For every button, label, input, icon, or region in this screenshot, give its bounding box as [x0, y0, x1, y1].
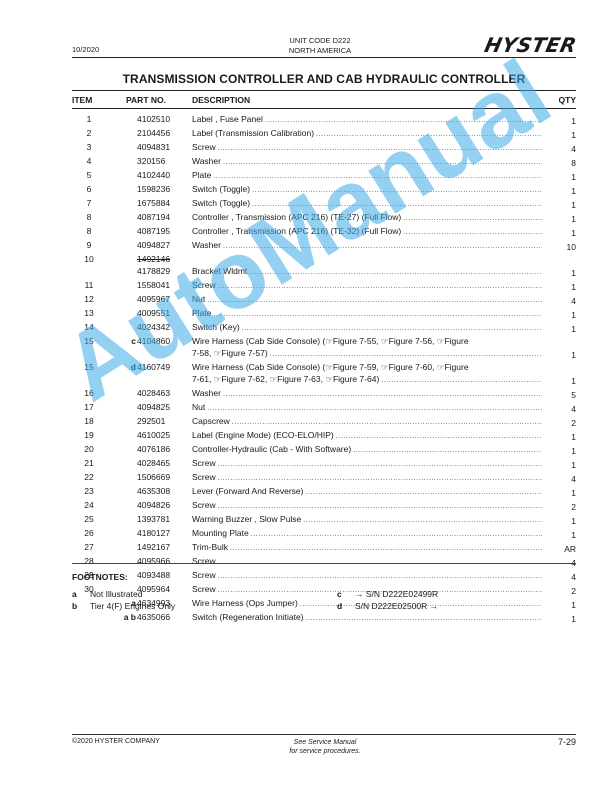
part-number-cell: 4610025	[116, 429, 192, 441]
part-number: 4160749	[137, 361, 170, 373]
quantity: 1	[546, 281, 576, 293]
quantity: 1	[546, 613, 576, 625]
document-page: 10/2020 UNIT CODE D222 NORTH AMERICA HYS…	[0, 0, 612, 792]
part-number: 4028465	[137, 457, 170, 469]
quantity: 1	[546, 115, 576, 127]
part-number: 4028463	[137, 387, 170, 399]
quantity: 2	[546, 417, 576, 429]
leader-dots	[303, 515, 542, 527]
column-header-description: DESCRIPTION	[192, 95, 250, 105]
description: Screw	[192, 471, 542, 485]
item-number: 18	[72, 415, 106, 427]
description: Washer	[192, 239, 542, 253]
part-number: 4180127	[137, 527, 170, 539]
quantity: 1	[546, 185, 576, 197]
table-row: 264180127Mounting Plate1	[72, 527, 576, 541]
part-number: 4094827	[137, 239, 170, 251]
description: Screw	[192, 279, 542, 293]
item-number: 17	[72, 401, 106, 413]
table-row: 204076186Controller-Hydraulic (Cab - Wit…	[72, 443, 576, 457]
footnote-ref: a b	[116, 611, 136, 623]
column-header-item: ITEM	[72, 95, 92, 105]
item-number: 26	[72, 527, 106, 539]
table-header-rule-bottom	[72, 108, 576, 109]
leader-dots	[252, 185, 542, 197]
table-row: 111558041Screw1	[72, 279, 576, 293]
leader-dots	[265, 115, 542, 127]
table-row: 294093488Screw4	[72, 569, 576, 583]
leader-dots	[230, 543, 542, 555]
page-title: TRANSMISSION CONTROLLER AND CAB HYDRAULI…	[72, 72, 576, 86]
footer-divider	[72, 734, 576, 735]
description: Label , Fuse Panel	[192, 113, 542, 127]
part-number: 4095967	[137, 293, 170, 305]
part-number-cell: 1598236	[116, 183, 192, 195]
description: Wire Harness (Cab Side Console) (☞Figure…	[192, 361, 542, 387]
quantity: 5	[546, 389, 576, 401]
quantity: 4	[546, 143, 576, 155]
part-number-cell: 4094826	[116, 499, 192, 511]
leader-dots	[316, 129, 542, 141]
leader-dots	[213, 309, 542, 321]
leader-dots	[218, 473, 542, 485]
part-number-cell: 4095967	[116, 293, 192, 305]
item-number: 25	[72, 513, 106, 525]
footer-note: See Service Manual for service procedure…	[250, 738, 400, 756]
table-row: 94094827Washer10	[72, 239, 576, 253]
table-row: 14102510Label , Fuse Panel1	[72, 113, 576, 127]
table-row: 4320156Washer8	[72, 155, 576, 169]
part-number: 1492167	[137, 541, 170, 553]
item-number: 15	[72, 335, 106, 347]
table-row: 304095964Screw2	[72, 583, 576, 597]
table-row: 4178829Bracket Wldmt1	[72, 265, 576, 279]
part-number-cell: a b4635066	[116, 611, 192, 623]
part-number-cell: 1492146	[116, 253, 192, 265]
part-number: 320156	[137, 155, 165, 167]
quantity: 1	[546, 431, 576, 443]
table-row: 22104456Label (Transmission Calibration)…	[72, 127, 576, 141]
description: Controller-Hydraulic (Cab - With Softwar…	[192, 443, 542, 457]
part-number-cell: 4635308	[116, 485, 192, 497]
description: Lever (Forward And Reverse)	[192, 485, 542, 499]
table-row: 164028463Washer5	[72, 387, 576, 401]
quantity: 1	[546, 267, 576, 279]
table-row: 54102440Plate1	[72, 169, 576, 183]
table-row: a b4635066Switch (Regeneration Initiate)…	[72, 611, 576, 625]
part-number-cell: 4094831	[116, 141, 192, 153]
table-row: 134009551Plate1	[72, 307, 576, 321]
description: Mounting Plate	[192, 527, 542, 541]
item-number: 12	[72, 293, 106, 305]
description: Screw	[192, 499, 542, 513]
item-number: 10	[72, 253, 106, 265]
description: Plate	[192, 169, 542, 183]
item-number: 24	[72, 499, 106, 511]
part-number: 1393781	[137, 513, 170, 525]
leader-dots	[223, 389, 542, 401]
item-number: 9	[72, 239, 106, 251]
leader-dots	[207, 403, 542, 415]
leader-dots	[218, 571, 542, 583]
leader-dots	[218, 501, 542, 513]
item-number: 8	[72, 211, 106, 223]
part-number: 4102440	[137, 169, 170, 181]
part-number-cell: 4028465	[116, 457, 192, 469]
quantity: 1	[546, 375, 576, 387]
leader-dots	[251, 529, 542, 541]
footnote-ref: d	[116, 361, 136, 373]
quantity: 1	[546, 129, 576, 141]
item-number: 11	[72, 279, 106, 291]
leader-dots	[207, 295, 542, 307]
leader-dots	[218, 459, 542, 471]
item-number: 5	[72, 169, 106, 181]
part-number-cell: 1558041	[116, 279, 192, 291]
table-header-rule-top	[72, 90, 576, 91]
item-number: 4	[72, 155, 106, 167]
part-number-cell: 1492167	[116, 541, 192, 553]
quantity: 1	[546, 309, 576, 321]
description: Label (Engine Mode) (ECO-ELO/HIP)	[192, 429, 542, 443]
description: Switch (Regeneration Initiate)	[192, 611, 542, 625]
footer-copyright: ©2020 HYSTER COMPANY	[72, 738, 160, 745]
part-number-cell: 4028463	[116, 387, 192, 399]
description: Screw	[192, 569, 542, 583]
footnote-c: c→ S/N D222E02499R	[337, 589, 438, 599]
part-number-cell: 1506669	[116, 471, 192, 483]
part-number: 1675884	[137, 197, 170, 209]
part-number-cell: 4076186	[116, 443, 192, 455]
part-number: 292501	[137, 415, 165, 427]
part-number-cell: 4087195	[116, 225, 192, 237]
item-number: 20	[72, 443, 106, 455]
item-number: 1	[72, 113, 106, 125]
part-number-cell: 4102510	[116, 113, 192, 125]
quantity: 1	[546, 349, 576, 361]
quantity: 1	[546, 227, 576, 239]
leader-dots	[249, 267, 542, 279]
leader-dots	[381, 375, 542, 387]
column-header-qty: QTY	[559, 95, 576, 105]
parts-table: 14102510Label , Fuse Panel122104456Label…	[72, 113, 576, 625]
table-row: 15d4160749Wire Harness (Cab Side Console…	[72, 361, 576, 387]
item-number: 19	[72, 429, 106, 441]
leader-dots	[403, 227, 542, 239]
quantity: 4	[546, 473, 576, 485]
part-number: 4635308	[137, 485, 170, 497]
part-number: 1598236	[137, 183, 170, 195]
item-number: 14	[72, 321, 106, 333]
item-number: 21	[72, 457, 106, 469]
part-number: 4076186	[137, 443, 170, 455]
leader-dots	[232, 417, 542, 429]
quantity: 1	[546, 459, 576, 471]
description: Capscrew	[192, 415, 542, 429]
part-number: 4102510	[137, 113, 170, 125]
part-number: 4610025	[137, 429, 170, 441]
part-number-cell: c4104860	[116, 335, 192, 347]
description: Plate	[192, 307, 542, 321]
part-number: 2104456	[137, 127, 170, 139]
item-number: 15	[72, 361, 106, 373]
quantity: 2	[546, 585, 576, 597]
part-number-cell: 4087194	[116, 211, 192, 223]
footnotes-divider	[72, 563, 576, 564]
table-row: 244094826Screw2	[72, 499, 576, 513]
item-number: 16	[72, 387, 106, 399]
part-number: 4095966	[137, 555, 170, 567]
part-number-cell: 1675884	[116, 197, 192, 209]
leader-dots	[403, 213, 542, 225]
table-row: 84087195Controller , Transmission (APC 2…	[72, 225, 576, 239]
footnote-a: aNot Illustrated	[72, 589, 142, 599]
quantity: AR	[546, 543, 576, 555]
item-number: 2	[72, 127, 106, 139]
part-number-cell: 4024342	[116, 321, 192, 333]
footnote-d: dS/N D222E02500R →	[337, 601, 438, 611]
footnote-ref: c	[116, 335, 136, 347]
table-row: 84087194Controller , Transmission (APC 2…	[72, 211, 576, 225]
description: Warning Buzzer , Slow Pulse	[192, 513, 542, 527]
item-number: 6	[72, 183, 106, 195]
table-row: 15c4104860Wire Harness (Cab Side Console…	[72, 335, 576, 361]
part-number-cell: 4180127	[116, 527, 192, 539]
table-row: 251393781Warning Buzzer , Slow Pulse1	[72, 513, 576, 527]
quantity: 4	[546, 295, 576, 307]
part-number: 4094825	[137, 401, 170, 413]
part-number-cell: 4102440	[116, 169, 192, 181]
table-row: 124095967Nut4	[72, 293, 576, 307]
footnote-b: bTier 4(F) Engines Only	[72, 601, 175, 611]
leader-dots	[336, 431, 542, 443]
quantity: 1	[546, 529, 576, 541]
part-number: 4087195	[137, 225, 170, 237]
part-number: 4009551	[137, 307, 170, 319]
table-row: 194610025Label (Engine Mode) (ECO-ELO/HI…	[72, 429, 576, 443]
table-row: 18292501Capscrew2	[72, 415, 576, 429]
quantity: 1	[546, 199, 576, 211]
part-number: 4104860	[137, 335, 170, 347]
table-row: 61598236Switch (Toggle)1	[72, 183, 576, 197]
quantity: 4	[546, 571, 576, 583]
table-row: 144024342Switch (Key)1	[72, 321, 576, 335]
part-number-cell: 4094827	[116, 239, 192, 251]
part-number-cell: 320156	[116, 155, 192, 167]
quantity: 1	[546, 515, 576, 527]
part-number: 4087194	[137, 211, 170, 223]
leader-dots	[213, 171, 542, 183]
table-row: 71675884Switch (Toggle)1	[72, 197, 576, 211]
description: Controller , Transmission (APC 216) (TE-…	[192, 225, 542, 239]
leader-dots	[223, 157, 542, 169]
description: Nut	[192, 293, 542, 307]
table-row: 174094825Nut4	[72, 401, 576, 415]
description: Label (Transmission Calibration)	[192, 127, 542, 141]
description: Washer	[192, 387, 542, 401]
part-number: 1506669	[137, 471, 170, 483]
item-number: 23	[72, 485, 106, 497]
quantity: 1	[546, 487, 576, 499]
table-row: 221506669Screw4	[72, 471, 576, 485]
part-number-cell: 292501	[116, 415, 192, 427]
leader-dots	[252, 199, 542, 211]
part-number-cell: 1393781	[116, 513, 192, 525]
description: Washer	[192, 155, 542, 169]
description: Switch (Key)	[192, 321, 542, 335]
brand-logo: HYSTER	[482, 33, 578, 57]
description: Screw	[192, 555, 542, 569]
part-number: 4093488	[137, 569, 170, 581]
description: Wire Harness (Cab Side Console) (☞Figure…	[192, 335, 542, 361]
leader-dots	[218, 281, 542, 293]
part-number: 4635066	[137, 611, 170, 623]
table-row: 234635308Lever (Forward And Reverse)1	[72, 485, 576, 499]
quantity: 1	[546, 323, 576, 335]
part-number: 4094826	[137, 499, 170, 511]
region: NORTH AMERICA	[250, 46, 390, 56]
leader-dots	[270, 349, 542, 361]
part-number: 4178829	[137, 265, 170, 277]
item-number: 8	[72, 225, 106, 237]
table-row: 101492146	[72, 253, 576, 265]
part-number-cell: 4009551	[116, 307, 192, 319]
part-number-cell: 2104456	[116, 127, 192, 139]
page-number: 7-29	[558, 737, 576, 747]
quantity: 10	[546, 241, 576, 253]
description: Nut	[192, 401, 542, 415]
quantity: 1	[546, 213, 576, 225]
part-number: 4094831	[137, 141, 170, 153]
leader-dots	[223, 241, 542, 253]
part-number: 1558041	[137, 279, 170, 291]
description: Controller , Transmission (APC 216) (TE-…	[192, 211, 542, 225]
description: Screw	[192, 457, 542, 471]
item-number: 3	[72, 141, 106, 153]
table-row: 214028465Screw1	[72, 457, 576, 471]
description: Switch (Toggle)	[192, 183, 542, 197]
part-number-cell: 4095966	[116, 555, 192, 567]
item-number: 27	[72, 541, 106, 553]
leader-dots	[306, 613, 542, 625]
table-row: 271492167Trim-BulkAR	[72, 541, 576, 555]
item-number: 7	[72, 197, 106, 209]
header-date: 10/2020	[72, 45, 99, 54]
part-number-cell: d4160749	[116, 361, 192, 373]
table-row: 284095966Screw4	[72, 555, 576, 569]
part-number-cell: 4178829	[116, 265, 192, 277]
column-header-part-no: PART NO.	[126, 95, 166, 105]
item-number: 22	[72, 471, 106, 483]
item-number: 28	[72, 555, 106, 567]
quantity: 1	[546, 445, 576, 457]
description: Bracket Wldmt	[192, 265, 542, 279]
footnotes-title: FOOTNOTES:	[72, 572, 128, 582]
leader-dots	[218, 143, 542, 155]
item-number: 13	[72, 307, 106, 319]
leader-dots	[353, 445, 542, 457]
part-number: 1492146	[137, 253, 170, 265]
description: Switch (Toggle)	[192, 197, 542, 211]
part-number: 4024342	[137, 321, 170, 333]
quantity: 1	[546, 599, 576, 611]
leader-dots	[306, 487, 543, 499]
table-row: 34094831Screw4	[72, 141, 576, 155]
unit-code: UNIT CODE D222	[250, 36, 390, 46]
quantity: 4	[546, 403, 576, 415]
quantity: 8	[546, 157, 576, 169]
header-unit-code: UNIT CODE D222 NORTH AMERICA	[250, 36, 390, 55]
header-divider	[72, 57, 576, 58]
leader-dots	[242, 323, 542, 335]
part-number-cell: 4094825	[116, 401, 192, 413]
description: Screw	[192, 141, 542, 155]
quantity: 1	[546, 171, 576, 183]
description: Trim-Bulk	[192, 541, 542, 555]
description	[192, 253, 542, 265]
quantity: 2	[546, 501, 576, 513]
